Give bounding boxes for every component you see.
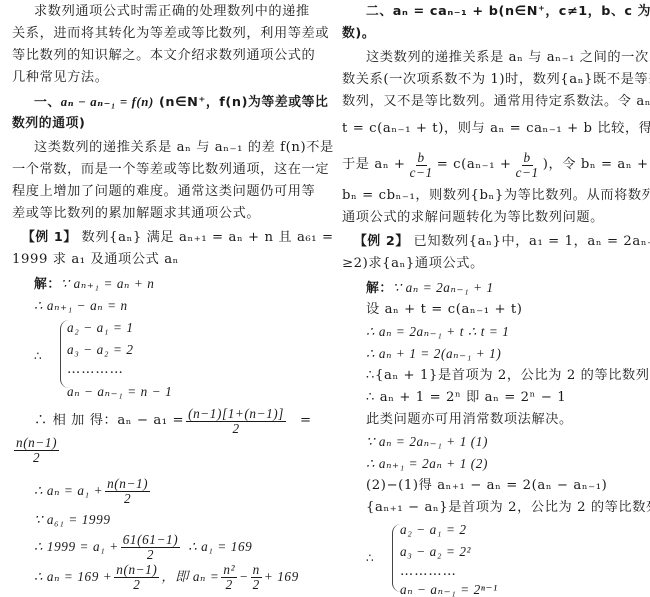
section2-body2-2: 通项公式的求解问题转化为等比数列问题。 [342, 208, 604, 228]
sum-line: ∴ 相 加 得：aₙ − a₁ = (n−1)[1+(n−1)]2 = [34, 404, 312, 438]
sum-result: n(n−1)2 [12, 436, 61, 470]
example2-step-4: ∴ aₙ + 1 = 2(aₙ₋₁ + 1) [366, 344, 501, 364]
given-line: ∵ a₆₁ = 1999 [34, 510, 111, 530]
example2-statement: 【例 2】 已知数列{aₙ}中，a₁ = 1，aₙ = 2aₙ₋₁ + 1(n [354, 232, 650, 252]
system2-eq-1: a₂ − a₁ = 2 [400, 520, 467, 540]
example2-step-1: 解：∵ aₙ = 2aₙ₋₁ + 1 [366, 278, 494, 298]
example2-step-9: ∴ aₙ₊₁ = 2aₙ + 1 (2) [366, 454, 488, 474]
line-t: t = c(aₙ₋₁ + t)，则与 aₙ = caₙ₋₁ + b 比较，得 t… [342, 112, 650, 146]
example1-step-2: ∴ aₙ₊₁ − aₙ = n [34, 296, 128, 316]
section1-condition: (n∈N⁺，f(n)为等差或等比 [159, 95, 328, 110]
an-line: ∴ aₙ = a₁ + n(n−1)2 [34, 474, 152, 508]
system1-eq-4: aₙ − aₙ₋₁ = n − 1 [67, 382, 172, 402]
section2-body2-1: bₙ = cbₙ₋₁，则数列{bₙ}为等比数列。从而将数列{aₙ} [342, 186, 650, 206]
section2-heading-line2: 数)。 [342, 24, 375, 44]
example2-statement-2: ≥2)求{aₙ}通项公式。 [342, 254, 484, 274]
line-so: 于是 aₙ + bc−1 = c(aₙ₋₁ + bc−1 )，令 bₙ = aₙ… [342, 148, 650, 182]
intro-line-4: 几种常见方法。 [12, 68, 109, 88]
example2-step-10: (2)−(1)得 aₙ₊₁ − aₙ = 2(aₙ − aₙ₋₁) [366, 476, 607, 496]
section2-body-3: 数列，又不是等比数列。通常用待定系数法。令 aₙ + [342, 92, 650, 112]
system2-eq-2: a₃ − a₂ = 2² [400, 542, 471, 562]
example1-label: 【例 1】 [22, 230, 77, 245]
example2-step-8: ∵ aₙ = 2aₙ₋₁ + 1 (1) [366, 432, 488, 452]
intro-line-1: 求数列通项公式时需正确的处理数列中的递推 [34, 2, 310, 22]
section1-body-4: 差或等比数列的累加解题求其通项公式。 [12, 204, 260, 224]
example1-step-1: 解：∵ aₙ₊₁ = aₙ + n [34, 274, 155, 294]
final-line: ∴ aₙ = 169 + n(n−1)2 ，即 aₙ = n²2 − n2 + … [34, 560, 299, 594]
example1-text: 数列{aₙ} 满足 aₙ₊₁ = aₙ + n 且 a₆₁ = [82, 230, 334, 245]
section2-body-2: 数关系(一次项系数不为 1)时，数列{aₙ}既不是等差 [342, 70, 650, 90]
example2-step-7: 此类问题亦可用消常数项法解决。 [366, 410, 573, 430]
section1-body-2: 一个常数，而是一个等差或等比数列通项，这在一定 [12, 160, 329, 180]
example1-statement-2: 1999 求 a₁ 及通项公式 aₙ [12, 250, 179, 270]
system2-ellipsis: ………… [400, 562, 457, 582]
example1-statement: 【例 1】 数列{aₙ} 满足 aₙ₊₁ = aₙ + n 且 a₆₁ = [22, 228, 334, 248]
system1-eq-2: a₃ − a₂ = 2 [67, 340, 134, 360]
section1-heading: 一、aₙ − aₙ₋₁ = f(n) (n∈N⁺，f(n)为等差或等比 [34, 92, 328, 112]
section1-formula: aₙ − aₙ₋₁ = f(n) [61, 95, 154, 109]
example2-step-3: ∴ aₙ = 2aₙ₋₁ + t ∴ t = 1 [366, 322, 510, 342]
section1-prefix: 一、 [34, 95, 61, 110]
solve-line: ∴ 1999 = a₁ + 61(61−1)2 ∴ a₁ = 169 [34, 530, 252, 564]
example2-step-2: 设 aₙ + t = c(aₙ₋₁ + t) [366, 300, 523, 320]
system1-eq-1: a₂ − a₁ = 1 [67, 318, 134, 338]
example2-step-6: ∴ aₙ + 1 = 2ⁿ 即 aₙ = 2ⁿ − 1 [366, 388, 566, 408]
example2-step-5: ∴{aₙ + 1}是首项为 2，公比为 2 的等比数列 [366, 366, 650, 386]
section1-heading-line2: 数列的通项) [12, 114, 85, 134]
section1-body-3: 程度上增加了问题的难度。通常这类问题仍可用等 [12, 182, 315, 202]
sum-fraction: (n−1)[1+(n−1)]2 [186, 407, 286, 436]
section1-body-1: 这类数列的递推关系是 aₙ 与 aₙ₋₁ 的差 f(n)不是 [34, 138, 334, 158]
intro-line-2: 关系，进而将其转化为等差或等比数列，利用等差或 [12, 24, 329, 44]
therefore-icon: ∴ [366, 548, 374, 568]
solution-label: 解： [34, 277, 61, 292]
section2-body-1: 这类数列的递推关系是 aₙ 与 aₙ₋₁ 之间的一次函 [366, 48, 650, 68]
example2-step-11: {aₙ₊₁ − aₙ}是首项为 2，公比为 2 的等比数列 [366, 498, 650, 518]
system2-eq-4: aₙ − aₙ₋₁ = 2ⁿ⁻¹ [400, 580, 498, 597]
example2-label: 【例 2】 [354, 234, 409, 249]
intro-line-3: 等比数列的知识解之。本文介绍求数列通项公式的 [12, 46, 315, 66]
therefore-icon: ∴ [34, 346, 42, 366]
system1-ellipsis: ………… [67, 360, 124, 380]
section2-heading: 二、aₙ = caₙ₋₁ + b(n∈N⁺，c≠1，b、c 为非零常 [366, 2, 650, 22]
